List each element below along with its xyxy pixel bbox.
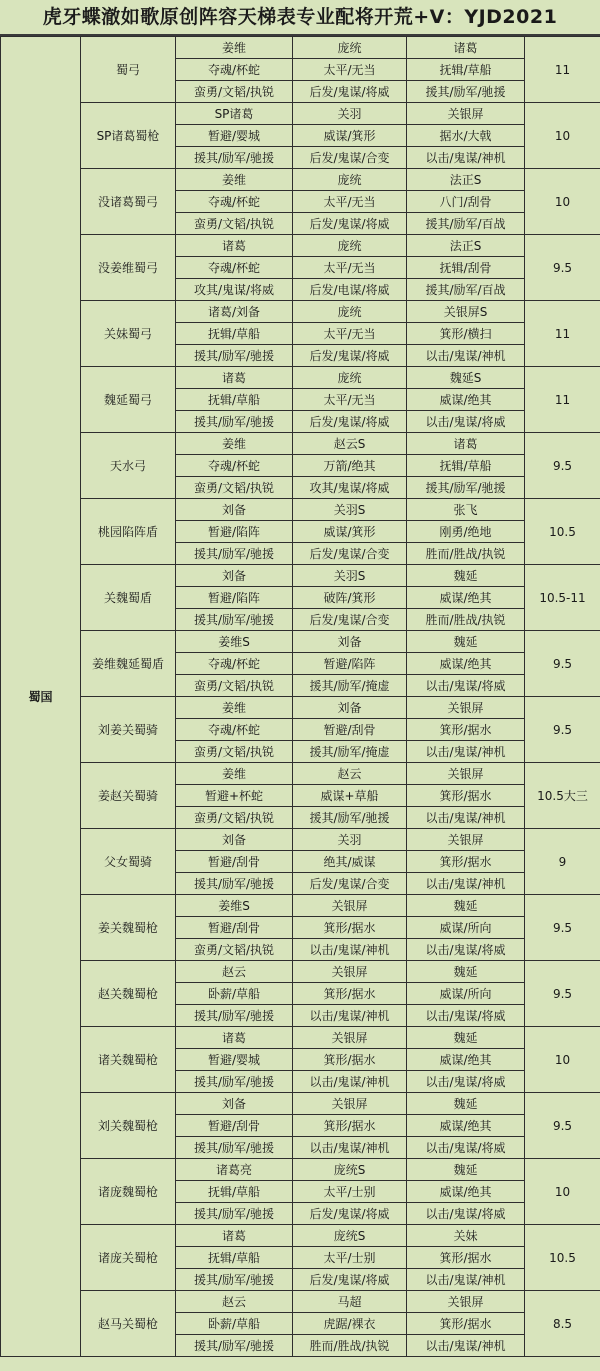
tactic-cell: 蛮勇/文韬/执锐	[176, 807, 293, 829]
skill-cell: 太平/士别	[293, 1247, 407, 1269]
skill-cell: 夺魂/杯蛇	[176, 257, 293, 279]
tactic-cell: 以击/鬼谋/将威	[407, 1005, 525, 1027]
lineup-ladder-table: 蜀国蜀弓姜维庞统诸葛11夺魂/杯蛇太平/无当抚辑/草船蛮勇/文韬/执锐后发/鬼谋…	[0, 36, 600, 1357]
team-name: 诸庞关蜀枪	[81, 1225, 176, 1291]
team-name: 赵马关蜀枪	[81, 1291, 176, 1357]
tactic-cell: 援其/励军/驰援	[176, 1137, 293, 1159]
table-row-heroes: 诸庞关蜀枪诸葛庞统S关妹10.5	[1, 1225, 600, 1247]
tactic-cell: 援其/励军/掩虚	[293, 741, 407, 763]
skill-cell: 威谋/绝其	[407, 389, 525, 411]
tactic-cell: 胜而/胜战/执锐	[293, 1335, 407, 1357]
team-rating: 9	[525, 829, 600, 895]
tactic-cell: 胜而/胜战/执锐	[407, 609, 525, 631]
hero-name: 姜维	[176, 763, 293, 785]
skill-cell: 威谋/所向	[407, 917, 525, 939]
tactic-cell: 后发/鬼谋/将威	[293, 213, 407, 235]
tactic-cell: 后发/鬼谋/将威	[293, 345, 407, 367]
team-rating: 10	[525, 103, 600, 169]
hero-name: 庞统S	[293, 1159, 407, 1181]
skill-cell: 虎踞/裸衣	[293, 1313, 407, 1335]
skill-cell: 刚勇/绝地	[407, 521, 525, 543]
skill-cell: 暂避/陷阵	[293, 653, 407, 675]
faction-label: 蜀国	[1, 37, 81, 1357]
hero-name: 法正S	[407, 169, 525, 191]
tactic-cell: 攻其/鬼谋/将威	[176, 279, 293, 301]
hero-name: 关羽	[293, 103, 407, 125]
hero-name: 魏延	[407, 1159, 525, 1181]
team-name: 没诸葛蜀弓	[81, 169, 176, 235]
team-name: 刘关魏蜀枪	[81, 1093, 176, 1159]
skill-cell: 威谋/箕形	[293, 521, 407, 543]
table-row-heroes: 天水弓姜维赵云S诸葛9.5	[1, 433, 600, 455]
team-name: 蜀弓	[81, 37, 176, 103]
tactic-cell: 后发/鬼谋/将威	[293, 1203, 407, 1225]
skill-cell: 威谋/绝其	[407, 653, 525, 675]
tactic-cell: 援其/励军/驰援	[176, 873, 293, 895]
team-rating: 10.5	[525, 1225, 600, 1291]
skill-cell: 暂避+杯蛇	[176, 785, 293, 807]
skill-cell: 万箭/绝其	[293, 455, 407, 477]
team-rating: 9.5	[525, 433, 600, 499]
tactic-cell: 蛮勇/文韬/执锐	[176, 675, 293, 697]
hero-name: 刘备	[176, 499, 293, 521]
tactic-cell: 以击/鬼谋/神机	[293, 1005, 407, 1027]
page-title: 虎牙蝶澈如歌原创阵容天梯表专业配将开荒+V：YJD2021	[0, 0, 600, 36]
team-name: 关魏蜀盾	[81, 565, 176, 631]
skill-cell: 暂避/婴城	[176, 1049, 293, 1071]
hero-name: 关羽	[293, 829, 407, 851]
team-name: 诸关魏蜀枪	[81, 1027, 176, 1093]
skill-cell: 卧薪/草船	[176, 1313, 293, 1335]
tactic-cell: 援其/励军/驰援	[176, 543, 293, 565]
skill-cell: 威谋/所向	[407, 983, 525, 1005]
tactic-cell: 以击/鬼谋/将威	[407, 1071, 525, 1093]
hero-name: 刘备	[293, 697, 407, 719]
table-row-heroes: 姜关魏蜀枪姜维S关银屏魏延9.5	[1, 895, 600, 917]
skill-cell: 破阵/箕形	[293, 587, 407, 609]
hero-name: 刘备	[176, 1093, 293, 1115]
hero-name: 关银屏	[293, 895, 407, 917]
skill-cell: 夺魂/杯蛇	[176, 59, 293, 81]
team-rating: 8.5	[525, 1291, 600, 1357]
skill-cell: 箕形/据水	[407, 851, 525, 873]
tactic-cell: 以击/鬼谋/神机	[407, 345, 525, 367]
hero-name: 关银屏	[293, 961, 407, 983]
team-name: 姜赵关蜀骑	[81, 763, 176, 829]
hero-name: 庞统	[293, 367, 407, 389]
tactic-cell: 胜而/胜战/执锐	[407, 543, 525, 565]
hero-name: 关羽S	[293, 565, 407, 587]
skill-cell: 威谋/绝其	[407, 1049, 525, 1071]
tactic-cell: 以击/鬼谋/将威	[407, 1137, 525, 1159]
team-name: 诸庞魏蜀枪	[81, 1159, 176, 1225]
skill-cell: 威谋+草船	[293, 785, 407, 807]
skill-cell: 夺魂/杯蛇	[176, 191, 293, 213]
team-name: 天水弓	[81, 433, 176, 499]
hero-name: 关羽S	[293, 499, 407, 521]
team-name: 魏延蜀弓	[81, 367, 176, 433]
team-name: 桃园陷阵盾	[81, 499, 176, 565]
tactic-cell: 攻其/鬼谋/将威	[293, 477, 407, 499]
table-row-heroes: 姜赵关蜀骑姜维赵云关银屏10.5大三	[1, 763, 600, 785]
hero-name: 关妹	[407, 1225, 525, 1247]
hero-name: 庞统	[293, 235, 407, 257]
skill-cell: 抚辑/草船	[176, 323, 293, 345]
team-name: 父女蜀骑	[81, 829, 176, 895]
hero-name: 关银屏	[407, 697, 525, 719]
skill-cell: 抚辑/草船	[176, 1247, 293, 1269]
team-rating: 10.5	[525, 499, 600, 565]
hero-name: 关银屏	[407, 829, 525, 851]
hero-name: 赵云S	[293, 433, 407, 455]
hero-name: 庞统	[293, 37, 407, 59]
tactic-cell: 蛮勇/文韬/执锐	[176, 741, 293, 763]
skill-cell: 据水/大戟	[407, 125, 525, 147]
hero-name: 诸葛	[176, 1027, 293, 1049]
hero-name: 关银屏S	[407, 301, 525, 323]
skill-cell: 箕形/据水	[293, 1115, 407, 1137]
hero-name: 刘备	[176, 829, 293, 851]
tactic-cell: 援其/励军/驰援	[176, 147, 293, 169]
hero-name: 魏延	[407, 1027, 525, 1049]
hero-name: 诸葛	[407, 37, 525, 59]
tactic-cell: 以击/鬼谋/将威	[407, 675, 525, 697]
tactic-cell: 以击/鬼谋/将威	[407, 939, 525, 961]
hero-name: 赵云	[293, 763, 407, 785]
hero-name: 魏延	[407, 565, 525, 587]
tactic-cell: 援其/励军/驰援	[176, 1269, 293, 1291]
hero-name: 关银屏	[293, 1027, 407, 1049]
skill-cell: 箕形/横扫	[407, 323, 525, 345]
table-row-heroes: 关魏蜀盾刘备关羽S魏延10.5-11	[1, 565, 600, 587]
skill-cell: 暂避/刮骨	[176, 917, 293, 939]
team-name: 姜维魏延蜀盾	[81, 631, 176, 697]
hero-name: 姜维	[176, 37, 293, 59]
skill-cell: 绝其/威谋	[293, 851, 407, 873]
tactic-cell: 援其/励军/驰援	[176, 411, 293, 433]
skill-cell: 暂避/陷阵	[176, 521, 293, 543]
tactic-cell: 后发/鬼谋/合变	[293, 147, 407, 169]
hero-name: SP诸葛	[176, 103, 293, 125]
team-rating: 11	[525, 301, 600, 367]
tactic-cell: 后发/鬼谋/将威	[293, 411, 407, 433]
skill-cell: 威谋/绝其	[407, 587, 525, 609]
tactic-cell: 后发/鬼谋/将威	[293, 1269, 407, 1291]
team-rating: 9.5	[525, 697, 600, 763]
table-row-heroes: 诸关魏蜀枪诸葛关银屏魏延10	[1, 1027, 600, 1049]
hero-name: 诸葛亮	[176, 1159, 293, 1181]
team-rating: 10	[525, 169, 600, 235]
skill-cell: 威谋/绝其	[407, 1115, 525, 1137]
skill-cell: 箕形/据水	[293, 917, 407, 939]
team-rating: 11	[525, 37, 600, 103]
skill-cell: 箕形/据水	[407, 719, 525, 741]
table-row-heroes: 赵马关蜀枪赵云马超关银屏8.5	[1, 1291, 600, 1313]
hero-name: 庞统S	[293, 1225, 407, 1247]
table-row-heroes: 蜀国蜀弓姜维庞统诸葛11	[1, 37, 600, 59]
tactic-cell: 以击/鬼谋/神机	[407, 1335, 525, 1357]
skill-cell: 抚辑/刮骨	[407, 257, 525, 279]
hero-name: 姜维S	[176, 895, 293, 917]
skill-cell: 太平/无当	[293, 323, 407, 345]
hero-name: 庞统	[293, 301, 407, 323]
skill-cell: 抚辑/草船	[407, 59, 525, 81]
skill-cell: 威谋/绝其	[407, 1181, 525, 1203]
tactic-cell: 援其/励军/驰援	[176, 1005, 293, 1027]
team-rating: 10.5-11	[525, 565, 600, 631]
tactic-cell: 以击/鬼谋/神机	[293, 939, 407, 961]
skill-cell: 太平/无当	[293, 59, 407, 81]
tactic-cell: 援其/励军/驰援	[176, 1071, 293, 1093]
hero-name: 庞统	[293, 169, 407, 191]
hero-name: 赵云	[176, 961, 293, 983]
team-name: 没姜维蜀弓	[81, 235, 176, 301]
tactic-cell: 后发/鬼谋/合变	[293, 873, 407, 895]
team-rating: 10	[525, 1027, 600, 1093]
tactic-cell: 后发/电谋/将威	[293, 279, 407, 301]
team-name: 姜关魏蜀枪	[81, 895, 176, 961]
tactic-cell: 援其/励军/百战	[407, 279, 525, 301]
tactic-cell: 援其/励军/驰援	[176, 345, 293, 367]
table-row-heroes: 刘关魏蜀枪刘备关银屏魏延9.5	[1, 1093, 600, 1115]
hero-name: 姜维	[176, 433, 293, 455]
team-rating: 10	[525, 1159, 600, 1225]
tactic-cell: 援其/励军/掩虚	[293, 675, 407, 697]
team-rating: 9.5	[525, 961, 600, 1027]
table-row-heroes: 姜维魏延蜀盾姜维S刘备魏延9.5	[1, 631, 600, 653]
hero-name: 刘备	[176, 565, 293, 587]
skill-cell: 暂避/刮骨	[176, 1115, 293, 1137]
skill-cell: 太平/无当	[293, 389, 407, 411]
hero-name: 诸葛	[176, 367, 293, 389]
skill-cell: 夺魂/杯蛇	[176, 653, 293, 675]
tactic-cell: 后发/鬼谋/将威	[293, 81, 407, 103]
team-rating: 9.5	[525, 235, 600, 301]
skill-cell: 抚辑/草船	[407, 455, 525, 477]
table-row-heroes: 刘姜关蜀骑姜维刘备关银屏9.5	[1, 697, 600, 719]
hero-name: 法正S	[407, 235, 525, 257]
tactic-cell: 援其/励军/驰援	[407, 477, 525, 499]
skill-cell: 暂避/婴城	[176, 125, 293, 147]
team-name: 赵关魏蜀枪	[81, 961, 176, 1027]
skill-cell: 夺魂/杯蛇	[176, 719, 293, 741]
skill-cell: 箕形/据水	[293, 1049, 407, 1071]
team-rating: 9.5	[525, 631, 600, 697]
hero-name: 魏延	[407, 961, 525, 983]
tactic-cell: 援其/励军/驰援	[176, 609, 293, 631]
tactic-cell: 以击/鬼谋/将威	[407, 1203, 525, 1225]
skill-cell: 箕形/据水	[407, 1247, 525, 1269]
skill-cell: 暂避/刮骨	[176, 851, 293, 873]
tactic-cell: 以击/鬼谋/神机	[293, 1137, 407, 1159]
hero-name: 魏延	[407, 631, 525, 653]
tactic-cell: 以击/鬼谋/神机	[407, 147, 525, 169]
table-row-heroes: 赵关魏蜀枪赵云关银屏魏延9.5	[1, 961, 600, 983]
team-name: SP诸葛蜀枪	[81, 103, 176, 169]
hero-name: 诸葛	[176, 235, 293, 257]
hero-name: 关银屏	[293, 1093, 407, 1115]
tactic-cell: 援其/励军/驰援	[293, 807, 407, 829]
skill-cell: 抚辑/草船	[176, 389, 293, 411]
skill-cell: 卧薪/草船	[176, 983, 293, 1005]
hero-name: 姜维	[176, 169, 293, 191]
skill-cell: 八门/刮骨	[407, 191, 525, 213]
hero-name: 诸葛	[176, 1225, 293, 1247]
table-row-heroes: 诸庞魏蜀枪诸葛亮庞统S魏延10	[1, 1159, 600, 1181]
table-row-heroes: 父女蜀骑刘备关羽关银屏9	[1, 829, 600, 851]
tactic-cell: 援其/励军/驰援	[176, 1335, 293, 1357]
tactic-cell: 蛮勇/文韬/执锐	[176, 939, 293, 961]
skill-cell: 威谋/箕形	[293, 125, 407, 147]
team-name: 关妹蜀弓	[81, 301, 176, 367]
tactic-cell: 蛮勇/文韬/执锐	[176, 477, 293, 499]
hero-name: 诸葛/刘备	[176, 301, 293, 323]
hero-name: 赵云	[176, 1291, 293, 1313]
hero-name: 姜维S	[176, 631, 293, 653]
skill-cell: 太平/士别	[293, 1181, 407, 1203]
hero-name: 魏延	[407, 895, 525, 917]
hero-name: 关银屏	[407, 763, 525, 785]
skill-cell: 暂避/陷阵	[176, 587, 293, 609]
tactic-cell: 以击/鬼谋/神机	[407, 741, 525, 763]
tactic-cell: 援其/励军/百战	[407, 213, 525, 235]
team-rating: 11	[525, 367, 600, 433]
table-row-heroes: 关妹蜀弓诸葛/刘备庞统关银屏S11	[1, 301, 600, 323]
hero-name: 魏延S	[407, 367, 525, 389]
tactic-cell: 以击/鬼谋/神机	[293, 1071, 407, 1093]
tactic-cell: 以击/鬼谋/神机	[407, 873, 525, 895]
hero-name: 诸葛	[407, 433, 525, 455]
hero-name: 关银屏	[407, 103, 525, 125]
hero-name: 马超	[293, 1291, 407, 1313]
skill-cell: 太平/无当	[293, 191, 407, 213]
table-row-heroes: 魏延蜀弓诸葛庞统魏延S11	[1, 367, 600, 389]
tactic-cell: 蛮勇/文韬/执锐	[176, 81, 293, 103]
tactic-cell: 援其/励军/驰援	[176, 1203, 293, 1225]
table-row-heroes: 桃园陷阵盾刘备关羽S张飞10.5	[1, 499, 600, 521]
table-row-heroes: 没姜维蜀弓诸葛庞统法正S9.5	[1, 235, 600, 257]
hero-name: 魏延	[407, 1093, 525, 1115]
table-row-heroes: SP诸葛蜀枪SP诸葛关羽关银屏10	[1, 103, 600, 125]
hero-name: 张飞	[407, 499, 525, 521]
tactic-cell: 后发/鬼谋/合变	[293, 543, 407, 565]
skill-cell: 夺魂/杯蛇	[176, 455, 293, 477]
team-rating: 9.5	[525, 895, 600, 961]
skill-cell: 箕形/据水	[293, 983, 407, 1005]
tactic-cell: 蛮勇/文韬/执锐	[176, 213, 293, 235]
team-rating: 10.5大三	[525, 763, 600, 829]
tactic-cell: 以击/鬼谋/神机	[407, 1269, 525, 1291]
team-rating: 9.5	[525, 1093, 600, 1159]
table-row-heroes: 没诸葛蜀弓姜维庞统法正S10	[1, 169, 600, 191]
skill-cell: 箕形/据水	[407, 1313, 525, 1335]
skill-cell: 暂避/刮骨	[293, 719, 407, 741]
tactic-cell: 援其/励军/驰援	[407, 81, 525, 103]
skill-cell: 箕形/据水	[407, 785, 525, 807]
hero-name: 关银屏	[407, 1291, 525, 1313]
tactic-cell: 以击/鬼谋/将威	[407, 411, 525, 433]
tactic-cell: 后发/鬼谋/合变	[293, 609, 407, 631]
skill-cell: 抚辑/草船	[176, 1181, 293, 1203]
hero-name: 姜维	[176, 697, 293, 719]
tactic-cell: 以击/鬼谋/神机	[407, 807, 525, 829]
skill-cell: 太平/无当	[293, 257, 407, 279]
hero-name: 刘备	[293, 631, 407, 653]
team-name: 刘姜关蜀骑	[81, 697, 176, 763]
